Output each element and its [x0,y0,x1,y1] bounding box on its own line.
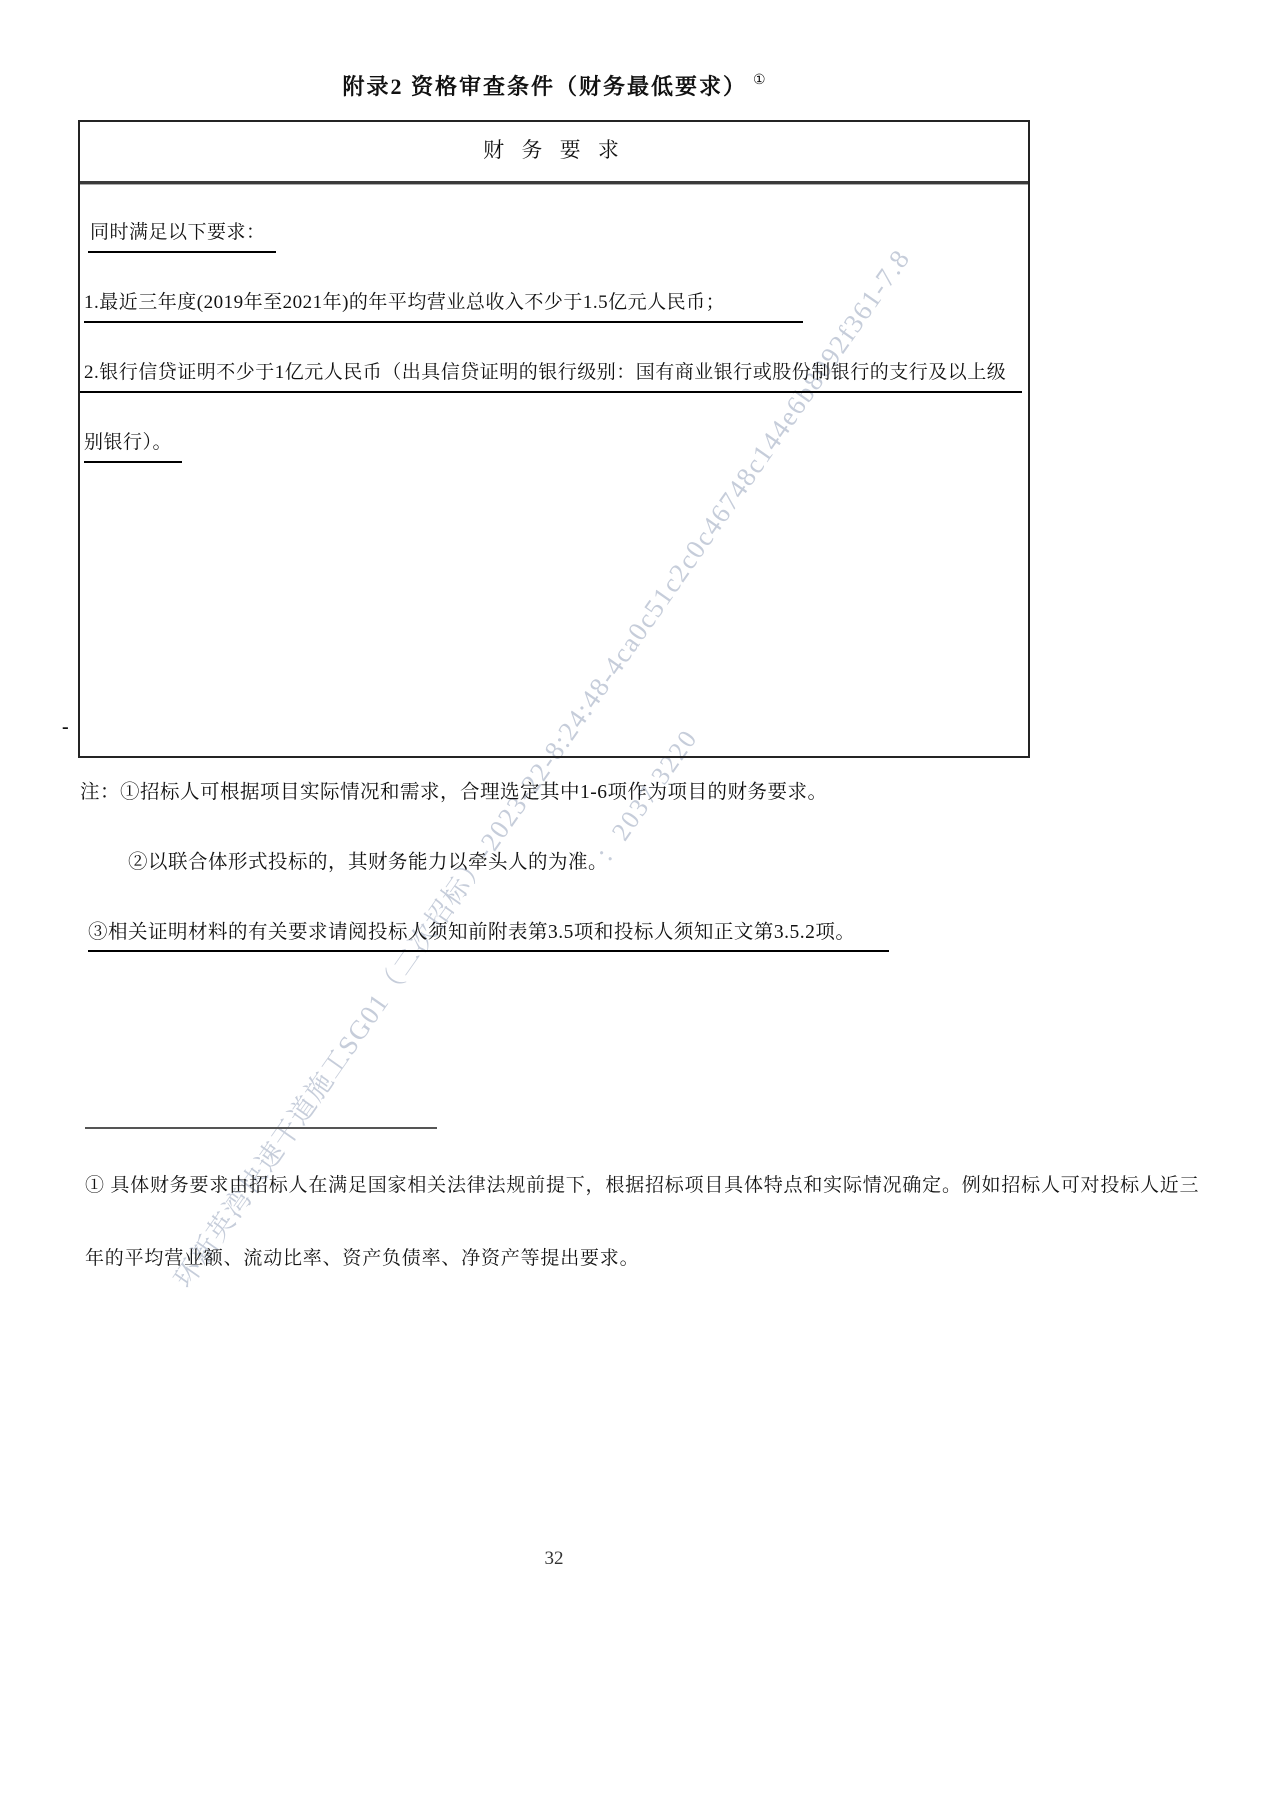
requirement-item-2-text: 2.银行信贷证明不少于1亿元人民币（出具信贷证明的银行级别：国有商业银行或股份制… [80,360,1022,393]
footnote-separator-rule [85,1127,437,1129]
footnote-line-2: 年的平均营业额、流动比率、资产负债率、净资产等提出要求。 [85,1243,639,1270]
title-footnote-marker: ① [753,73,766,88]
table-row: 2.银行信贷证明不少于1亿元人民币（出具信贷证明的银行级别：国有商业银行或股份制… [80,360,1028,393]
page-title: 附录2 资格审查条件（财务最低要求）① [78,70,1030,101]
table-row: 别银行）。 [80,430,1032,463]
page-title-text: 附录2 资格审查条件（财务最低要求） [342,74,747,99]
table-row: 1.最近三年度(2019年至2021年)的年平均营业总收入不少于1.5亿元人民币… [80,290,1032,323]
stray-dash-mark: - [62,716,69,739]
table-header-financial-requirements: 财 务 要 求 [80,122,1028,184]
financial-requirements-table: 财 务 要 求 同时满足以下要求： 1.最近三年度(2019年至2021年)的年… [78,120,1030,758]
requirement-item-1-text: 1.最近三年度(2019年至2021年)的年平均营业总收入不少于1.5亿元人民币… [84,290,803,323]
requirement-item-2-continued-text: 别银行）。 [84,430,182,463]
requirement-intro-text: 同时满足以下要求： [88,220,276,253]
note-3-text: ③相关证明材料的有关要求请阅投标人须知前附表第3.5项和投标人须知正文第3.5.… [88,916,889,952]
note-1: 注：①招标人可根据项目实际情况和需求，合理选定其中1-6项作为项目的财务要求。 [80,776,828,804]
table-row: 同时满足以下要求： [80,220,1036,253]
page-number: 32 [78,1548,1030,1570]
document-page: 环新英湾快速干道施工SG01（二次招标）-2023-22-8:24:48-4ca… [0,0,1267,1793]
note-2: ②以联合体形式投标的，其财务能力以牵头人的为准。 [128,846,608,874]
footnote-line-1: ① 具体财务要求由招标人在满足国家相关法律法规前提下，根据招标项目具体特点和实际… [85,1170,1199,1197]
note-3: ③相关证明材料的有关要求请阅投标人须知前附表第3.5项和投标人须知正文第3.5.… [88,916,889,952]
